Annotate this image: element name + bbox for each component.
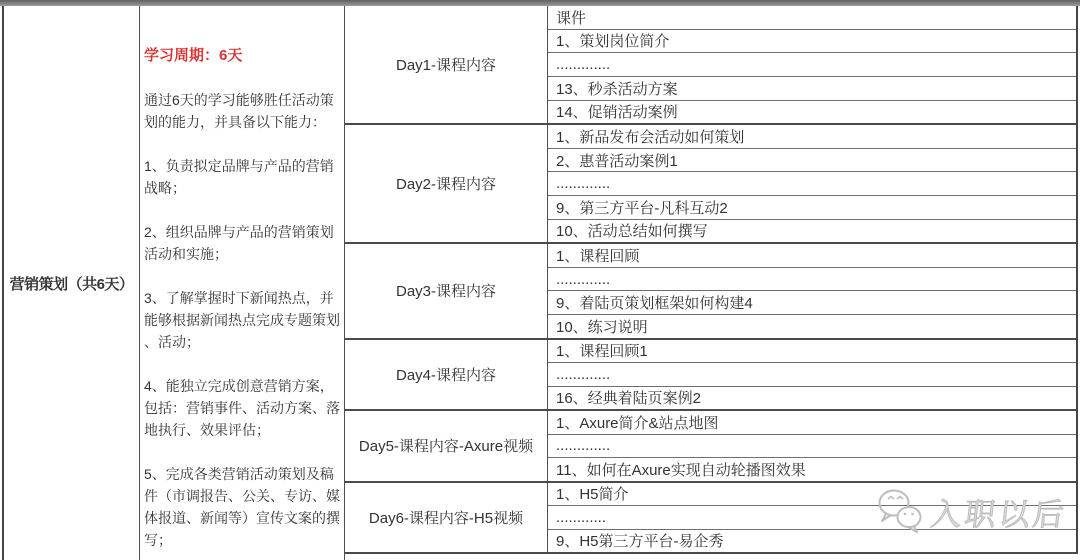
course-item-row: .............	[548, 363, 1076, 387]
course-item-row: 1、新品发布会活动如何策划	[548, 125, 1076, 149]
day-group: Day2-课程内容 1、新品发布会活动如何策划2、惠普活动案例1........…	[345, 125, 1076, 244]
course-item-text: 1、Axure简介&站点地图	[556, 412, 719, 433]
course-item-text: 2、惠普活动案例1	[556, 150, 678, 171]
course-name: 营销策划（共6天）	[10, 273, 134, 294]
day-items-column: 1、课程回顾1.............16、经典着陆页案例2	[548, 340, 1076, 409]
course-item-text: 10、练习说明	[556, 316, 648, 337]
course-item-text: 13、秒杀活动方案	[556, 78, 678, 99]
day-label-text: Day2-课程内容	[396, 173, 496, 194]
course-item-row: 16、经典着陆页案例2	[548, 387, 1076, 410]
course-item-text: 9、第三方平台-凡科互动2	[556, 197, 728, 218]
course-item-row: 10、练习说明	[548, 315, 1076, 338]
day-label-cell: Day5-课程内容-Axure视频	[345, 411, 548, 480]
course-item-text: 1、新品发布会活动如何策划	[556, 126, 744, 147]
course-item-text: 1、课程回顾	[556, 245, 639, 266]
course-item-row: ............	[548, 506, 1076, 530]
course-item-row: .............	[548, 53, 1076, 77]
course-intro-text: 通过6天的学习能够胜任活动策划的能力，并具备以下能力：	[144, 89, 342, 133]
course-item-row: 1、课程回顾1	[548, 340, 1076, 364]
course-item-text: .............	[556, 366, 610, 383]
course-item-text: .............	[556, 56, 610, 73]
course-item-text: .............	[556, 175, 610, 192]
course-item-text: 16、经典着陆页案例2	[556, 387, 701, 408]
day-label-cell: Day6-课程内容-H5视频	[345, 483, 548, 552]
course-item-text: 10、活动总结如何撰写	[556, 220, 708, 241]
course-name-cell: 营销策划（共6天）	[2, 6, 140, 560]
course-item-text: .............	[556, 437, 610, 454]
course-item-row: 11、如何在Axure实现自动轮播图效果	[548, 458, 1076, 481]
ability-item-2: 2、组织品牌与产品的营销策划活动和实施；	[144, 221, 342, 265]
day-items-column: 1、课程回顾.............9、着陆页策划框架如何构建410、练习说明	[548, 244, 1076, 337]
day-items-column: 课件1、策划岗位简介.............13、秒杀活动方案14、促销活动案…	[548, 6, 1076, 123]
course-item-text: 课件	[556, 7, 586, 28]
course-item-row: 9、第三方平台-凡科互动2	[548, 196, 1076, 220]
day-items-column: 1、新品发布会活动如何策划2、惠普活动案例1.............9、第三方…	[548, 125, 1076, 242]
course-item-row: .............	[548, 268, 1076, 292]
day-label-cell: Day2-课程内容	[345, 125, 548, 242]
day-label-text: Day1-课程内容	[396, 54, 496, 75]
course-item-text: 1、课程回顾1	[556, 340, 648, 361]
course-item-text: 1、H5简介	[556, 483, 629, 504]
course-item-row: 2、惠普活动案例1	[548, 149, 1076, 173]
course-item-row: 13、秒杀活动方案	[548, 77, 1076, 101]
day-group: Day6-课程内容-H5视频 1、H5简介............9、H5第三方…	[345, 483, 1076, 554]
course-item-text: 14、促销活动案例	[556, 101, 678, 122]
day-label-cell: Day1-课程内容	[345, 6, 548, 123]
ability-item-5: 5、完成各类营销活动策划及稿件（市调报告、公关、专访、媒体报道、新闻等）宣传文案…	[144, 463, 342, 551]
course-item-row: 1、策划岗位简介	[548, 30, 1076, 54]
course-item-text: 1、策划岗位简介	[556, 30, 669, 51]
schedule-grid: Day1-课程内容 课件1、策划岗位简介.............13、秒杀活动…	[345, 6, 1078, 554]
study-period-text: 学习周期：6天	[144, 45, 342, 67]
ability-item-1: 1、负责拟定品牌与产品的营销战略；	[144, 155, 342, 199]
day-label-text: Day6-课程内容-H5视频	[369, 507, 523, 528]
course-item-row: 1、课程回顾	[548, 244, 1076, 268]
day-group: Day5-课程内容-Axure视频 1、Axure简介&站点地图........…	[345, 411, 1076, 482]
course-item-row: .............	[548, 172, 1076, 196]
course-item-text: 9、H5第三方平台-易企秀	[556, 530, 724, 551]
course-schedule-table: 营销策划（共6天） 学习周期：6天 通过6天的学习能够胜任活动策划的能力，并具备…	[0, 0, 1080, 560]
course-item-text: 11、如何在Axure实现自动轮播图效果	[556, 459, 806, 480]
day-items-column: 1、Axure简介&站点地图.............11、如何在Axure实现…	[548, 411, 1076, 480]
course-item-row: 课件	[548, 6, 1076, 30]
course-item-row: .............	[548, 435, 1076, 459]
day-group: Day3-课程内容 1、课程回顾.............9、着陆页策划框架如何…	[345, 244, 1076, 339]
course-item-row: 9、着陆页策划框架如何构建4	[548, 291, 1076, 315]
course-item-row: 1、Axure简介&站点地图	[548, 411, 1076, 435]
course-item-row: 9、H5第三方平台-易企秀	[548, 530, 1076, 553]
ability-item-4: 4、能独立完成创意营销方案，包括：营销事件、活动方案、落地执行、效果评估；	[144, 375, 342, 441]
course-item-text: .............	[556, 271, 610, 288]
day-label-cell: Day4-课程内容	[345, 340, 548, 409]
course-item-text: ............	[556, 509, 606, 526]
ability-item-3: 3、了解掌握时下新闻热点，并能够根据新闻热点完成专题策划、活动；	[144, 287, 342, 353]
day-label-text: Day4-课程内容	[396, 364, 496, 385]
day-label-text: Day5-课程内容-Axure视频	[359, 435, 533, 456]
day-label-text: Day3-课程内容	[396, 280, 496, 301]
course-item-row: 10、活动总结如何撰写	[548, 220, 1076, 243]
day-items-column: 1、H5简介............9、H5第三方平台-易企秀	[548, 483, 1076, 552]
course-item-row: 14、促销活动案例	[548, 101, 1076, 124]
course-summary-cell: 学习周期：6天 通过6天的学习能够胜任活动策划的能力，并具备以下能力： 1、负责…	[139, 6, 345, 560]
day-group: Day1-课程内容 课件1、策划岗位简介.............13、秒杀活动…	[345, 6, 1076, 125]
course-item-row: 1、H5简介	[548, 483, 1076, 507]
course-item-text: 9、着陆页策划框架如何构建4	[556, 292, 753, 313]
day-label-cell: Day3-课程内容	[345, 244, 548, 337]
day-group: Day4-课程内容 1、课程回顾1.............16、经典着陆页案例…	[345, 340, 1076, 411]
